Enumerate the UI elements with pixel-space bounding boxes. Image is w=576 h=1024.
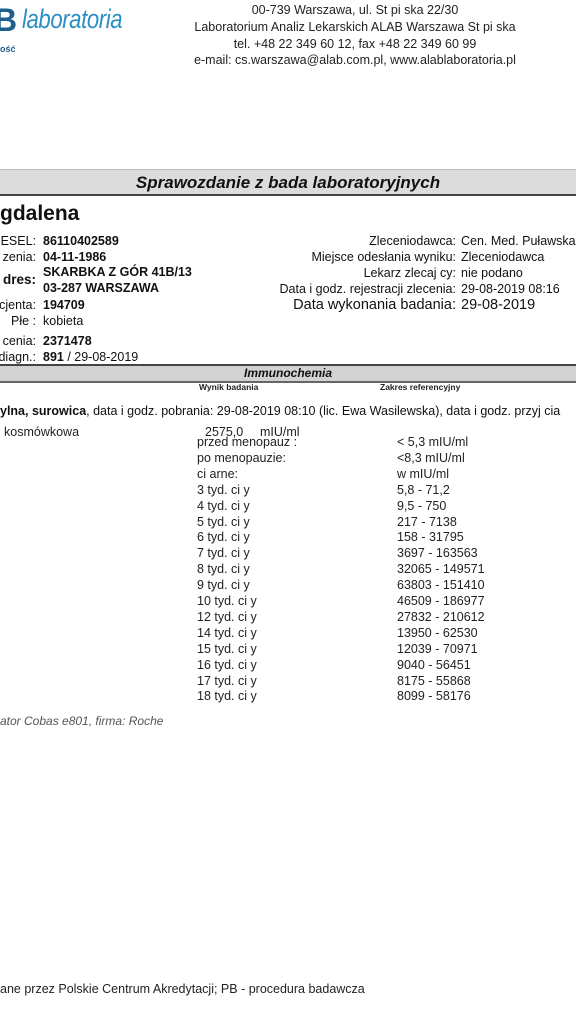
reference-range-label: 6 tyd. ci y [197, 530, 250, 544]
reference-range-value: 5,8 - 71,2 [397, 483, 450, 497]
reference-range-value: 13950 - 62530 [397, 626, 478, 640]
section-title: Immunochemia [0, 366, 576, 380]
reference-range-value: 217 - 7138 [397, 515, 457, 529]
reference-range-value: <8,3 mIU/ml [397, 451, 465, 465]
reference-range-label: 3 tyd. ci y [197, 483, 250, 497]
diag-value: 891 / 29-08-2019 [43, 350, 138, 364]
pesel-label: ESEL: [1, 234, 36, 248]
reference-range-label: ci arne: [197, 467, 238, 481]
reference-range-label: 18 tyd. ci y [197, 689, 257, 703]
reference-range-value: 158 - 31795 [397, 530, 464, 544]
test-date-label: Data wykonania badania: [293, 297, 456, 313]
sex-value: kobieta [43, 314, 83, 328]
reference-range-value: 3697 - 163563 [397, 546, 478, 560]
patient-id-label: cjenta: [0, 298, 36, 312]
column-header-result: Wynik badania [199, 382, 258, 392]
reference-range-value: w mIU/ml [397, 467, 449, 481]
report-title: Sprawozdanie z bada laboratoryjnych [0, 173, 576, 193]
reference-range-value: 32065 - 149571 [397, 562, 485, 576]
specimen-type: ylna, surowica [0, 404, 86, 418]
lab-address: 00-739 Warszawa, ul. St pi ska 22/30 [120, 3, 576, 17]
reference-range-label: 4 tyd. ci y [197, 499, 250, 513]
logo-tagline: ość [0, 44, 16, 54]
reference-range-value: 9,5 - 750 [397, 499, 446, 513]
reference-range-label: 5 tyd. ci y [197, 515, 250, 529]
specimen-details: , data i godz. pobrania: 29-08-2019 08:1… [86, 404, 560, 418]
order-label: cenia: [3, 334, 36, 348]
registration-date-label: Data i godz. rejestracji zlecenia: [280, 282, 456, 296]
logo-letter: B [0, 2, 17, 39]
accreditation-note: ane przez Polskie Centrum Akredytacji; P… [0, 982, 365, 996]
reference-range-label: 15 tyd. ci y [197, 642, 257, 656]
dob-label: zenia: [3, 250, 36, 264]
lab-name: Laboratorium Analiz Lekarskich ALAB Wars… [120, 20, 576, 34]
reference-range-value: 8099 - 58176 [397, 689, 471, 703]
diag-date: / 29-08-2019 [64, 350, 138, 364]
result-destination-label: Miejsce odesłania wyniku: [311, 250, 456, 264]
doctor-value: nie podano [461, 266, 523, 280]
registration-date-value: 29-08-2019 08:16 [461, 282, 560, 296]
reference-range-value: 9040 - 56451 [397, 658, 471, 672]
diag-number: 891 [43, 350, 64, 364]
reference-range-value: 63803 - 151410 [397, 578, 485, 592]
reference-range-label: 17 tyd. ci y [197, 674, 257, 688]
reference-range-value: 46509 - 186977 [397, 594, 485, 608]
address-line2: 03-287 WARSZAWA [43, 281, 159, 295]
patient-name: gdalena [0, 202, 79, 226]
test-date-value: 29-08-2019 [461, 297, 535, 313]
specimen-info: ylna, surowica, data i godz. pobrania: 2… [0, 404, 560, 418]
orderer-value: Cen. Med. Puławska [461, 234, 576, 248]
column-header-range: Zakres referencyjny [380, 382, 460, 392]
reference-range-value: 27832 - 210612 [397, 610, 485, 624]
analyzer-note: ator Cobas e801, firma: Roche [0, 714, 163, 728]
order-value: 2371478 [43, 334, 92, 348]
dob-value: 04-11-1986 [43, 250, 106, 264]
reference-range-value: < 5,3 mIU/ml [397, 435, 468, 449]
reference-range-label: po menopauzie: [197, 451, 286, 465]
reference-range-label: 10 tyd. ci y [197, 594, 257, 608]
sex-label: Płe : [11, 314, 36, 328]
logo-text: laboratoria [22, 4, 122, 35]
reference-range-label: 16 tyd. ci y [197, 658, 257, 672]
reference-range-label: 7 tyd. ci y [197, 546, 250, 560]
patient-id-value: 194709 [43, 298, 85, 312]
lab-phone-fax: tel. +48 22 349 60 12, fax +48 22 349 60… [120, 37, 576, 51]
address-line1: SKARBKA Z GÓR 41B/13 [43, 265, 192, 279]
reference-range-label: 12 tyd. ci y [197, 610, 257, 624]
report-title-bar: Sprawozdanie z bada laboratoryjnych [0, 169, 576, 196]
test-name: kosmówkowa [4, 425, 79, 439]
address-label: dres: [3, 272, 36, 287]
reference-range-value: 12039 - 70971 [397, 642, 478, 656]
reference-range-label: 8 tyd. ci y [197, 562, 250, 576]
result-destination-value: Zleceniodawca [461, 250, 544, 264]
reference-range-label: 9 tyd. ci y [197, 578, 250, 592]
section-header-bar: Immunochemia [0, 366, 576, 383]
reference-range-value: 8175 - 55868 [397, 674, 471, 688]
doctor-label: Lekarz zlecaj cy: [364, 266, 456, 280]
diag-label: diagn.: [0, 350, 36, 364]
reference-range-label: 14 tyd. ci y [197, 626, 257, 640]
reference-range-label: przed menopauz : [197, 435, 297, 449]
lab-email-www: e-mail: cs.warszawa@alab.com.pl, www.ala… [120, 53, 576, 67]
orderer-label: Zleceniodawca: [369, 234, 456, 248]
pesel-value: 86110402589 [43, 234, 119, 248]
